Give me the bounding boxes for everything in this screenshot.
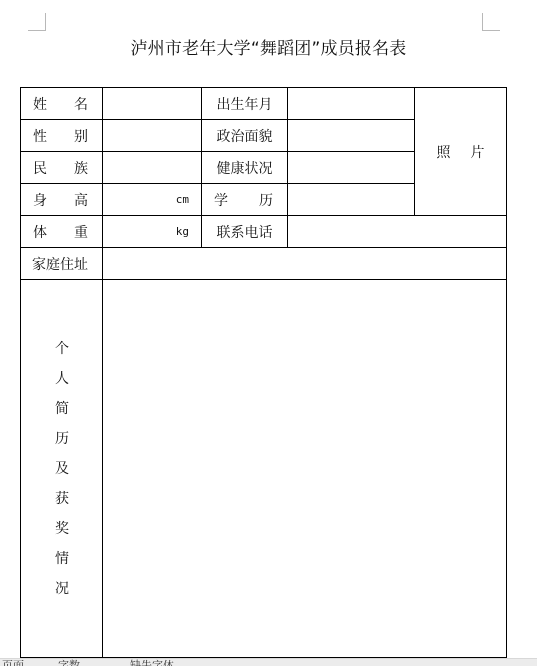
political-status-field[interactable] bbox=[288, 120, 414, 151]
label-char: 体 bbox=[33, 222, 47, 242]
label-char: 片 bbox=[471, 142, 485, 162]
label-char: 民 bbox=[33, 158, 47, 178]
label-address: 家庭住址 bbox=[21, 248, 102, 279]
label-char: 名 bbox=[74, 94, 88, 114]
label-political-status: 政治面貌 bbox=[202, 120, 287, 151]
label-char: 奖 bbox=[55, 518, 69, 548]
page-margin-corner-top-right bbox=[482, 13, 500, 31]
label-char: 姓 bbox=[33, 94, 47, 114]
label-char: 族 bbox=[74, 158, 88, 178]
label-char: 历 bbox=[55, 428, 69, 458]
document-title: 泸州市老年大学“舞蹈团”成员报名表 bbox=[0, 34, 537, 59]
education-field[interactable] bbox=[288, 184, 414, 215]
label-weight: 体 重 bbox=[21, 216, 102, 247]
label-char: 高 bbox=[74, 190, 88, 210]
label-char: 获 bbox=[55, 488, 69, 518]
phone-field[interactable] bbox=[288, 216, 506, 247]
label-height: 身 高 bbox=[21, 184, 102, 215]
label-char: 重 bbox=[74, 222, 88, 242]
unit-cm: cm bbox=[176, 193, 189, 206]
gender-field[interactable] bbox=[103, 120, 201, 151]
ethnicity-field[interactable] bbox=[103, 152, 201, 183]
label-name: 姓 名 bbox=[21, 88, 102, 119]
address-field[interactable] bbox=[103, 248, 506, 279]
label-resume-awards: 个 人 简 历 及 获 奖 情 况 bbox=[21, 338, 103, 608]
registration-form-table: 姓 名 出生年月 性 别 政治面貌 民 族 健康状况 身 高 cm 学 历 照 … bbox=[20, 87, 507, 658]
label-health-status: 健康状况 bbox=[202, 152, 287, 183]
status-page[interactable]: 页面 bbox=[2, 659, 24, 666]
photo-box[interactable]: 照 片 bbox=[415, 88, 506, 215]
label-char: 照 bbox=[437, 142, 451, 162]
label-phone: 联系电话 bbox=[202, 216, 287, 247]
page-margin-corner-top-left bbox=[28, 13, 46, 31]
unit-kg: kg bbox=[176, 225, 189, 238]
label-ethnicity: 民 族 bbox=[21, 152, 102, 183]
label-char: 个 bbox=[55, 338, 69, 368]
health-status-field[interactable] bbox=[288, 152, 414, 183]
resume-awards-field[interactable] bbox=[103, 280, 506, 657]
status-missing-fonts[interactable]: 缺失字体 bbox=[130, 659, 174, 666]
label-char: 性 bbox=[33, 126, 47, 146]
label-char: 及 bbox=[55, 458, 69, 488]
label-char: 历 bbox=[259, 190, 273, 210]
label-gender: 性 别 bbox=[21, 120, 102, 151]
label-birth-date: 出生年月 bbox=[202, 88, 287, 119]
label-char: 学 bbox=[214, 190, 228, 210]
name-field[interactable] bbox=[103, 88, 201, 119]
label-char: 况 bbox=[55, 578, 69, 608]
label-education: 学 历 bbox=[202, 184, 287, 215]
weight-field[interactable]: kg bbox=[103, 216, 201, 247]
label-char: 别 bbox=[74, 126, 88, 146]
label-char: 简 bbox=[55, 398, 69, 428]
label-char: 身 bbox=[33, 190, 47, 210]
birth-date-field[interactable] bbox=[288, 88, 414, 119]
height-field[interactable]: cm bbox=[103, 184, 201, 215]
status-bar: 页面 字数 缺失字体 bbox=[0, 658, 537, 666]
label-char: 人 bbox=[55, 368, 69, 398]
status-word-count[interactable]: 字数 bbox=[58, 659, 80, 666]
label-char: 情 bbox=[55, 548, 69, 578]
